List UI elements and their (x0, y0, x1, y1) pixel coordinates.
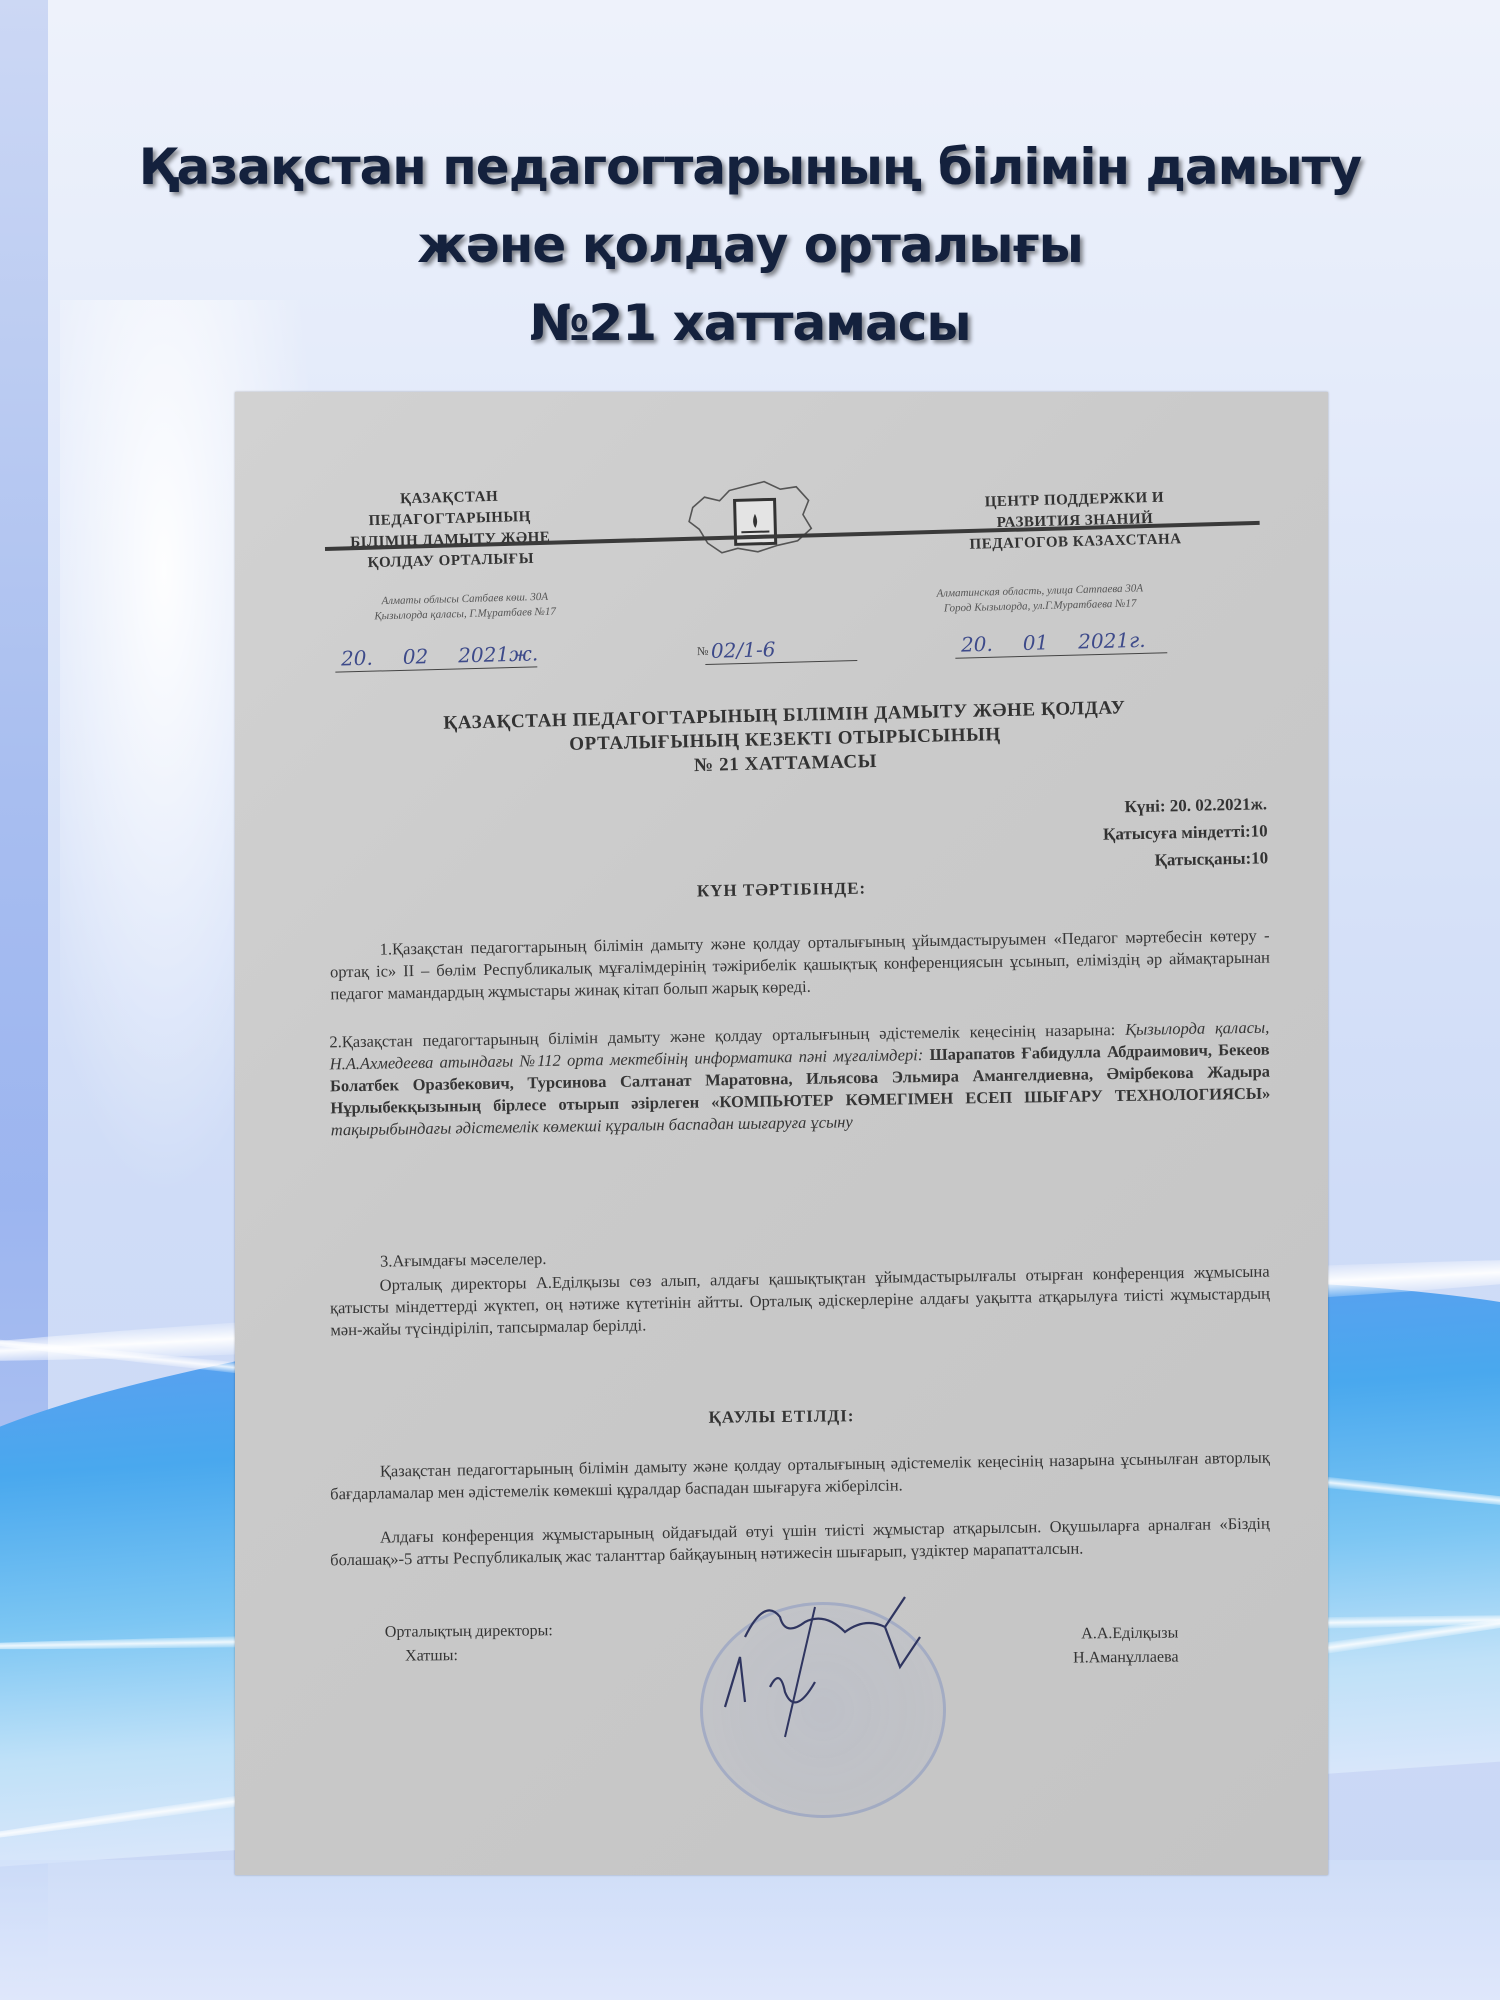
slide-title: Қазақстан педагогтарының білімін дамыту … (0, 128, 1500, 362)
letterhead-left: ҚАЗАҚСТАН ПЕДАГОГТАРЫНЫҢ БІЛІМІН ДАМЫТУ … (344, 485, 556, 574)
resolution-text: Қазақстан педагогтарының білімін дамыту … (330, 1448, 1270, 1504)
handwritten-date-right: 20.012021г. (955, 627, 1168, 659)
secretary-name: Н.Аманұллаева (1073, 1646, 1179, 1671)
agenda-heading: КҮН ТӘРТІБІНДЕ: (235, 870, 1328, 909)
handwritten-document-number: 02/1-6 (705, 635, 858, 665)
signature-names: А.А.Еділқызы Н.Аманұллаева (1072, 1622, 1178, 1671)
slide-title-line: №21 хаттамасы (0, 284, 1500, 362)
date-year: 2021ж. (458, 641, 539, 667)
slide-title-line: және қолдау орталығы (0, 206, 1500, 284)
agenda-item-text: 1.Қазақстан педагогтарының білімін дамыт… (330, 926, 1270, 1004)
agenda-item-2: 2.Қазақстан педагогтарының білімін дамыт… (329, 1017, 1271, 1142)
date-day: 20. (341, 646, 373, 671)
agenda-item-3-text: Орталық директоры А.Еділқызы сөз алып, а… (330, 1261, 1271, 1342)
date-month: 02 (402, 644, 428, 669)
protocol-document-scan: ҚАЗАҚСТАН ПЕДАГОГТАРЫНЫҢ БІЛІМІН ДАМЫТУ … (235, 392, 1328, 1875)
attendance-present: Қатысқаны:10 (1104, 844, 1269, 874)
address-left: Алматы облысы Сатбаев көш. 30А Қызылорда… (355, 589, 576, 625)
signature-labels: Орталықтың директоры: Хатшы: (385, 1619, 553, 1668)
date-year: 2021г. (1078, 628, 1146, 654)
meeting-date: Күні: 20. 02.2021ж. (1103, 790, 1268, 820)
date-month: 01 (1022, 630, 1048, 655)
secretary-label: Хатшы: (385, 1643, 553, 1668)
address-right: Алматинская область, улица Сатпаева 30А … (925, 581, 1156, 617)
director-name: А.А.Еділқызы (1072, 1622, 1178, 1647)
resolution-1: Қазақстан педагогтарының білімін дамыту … (330, 1447, 1271, 1506)
meeting-meta: Күні: 20. 02.2021ж. Қатысуға міндетті:10… (1103, 790, 1269, 874)
resolution-2: Алдағы конференция жұмыстарының ойдағыда… (330, 1513, 1271, 1572)
agenda-item-text: тақырыбындағы әдістемелік көмекші құралы… (331, 1112, 853, 1139)
agenda-item-text: Орталық директоры А.Еділқызы сөз алып, а… (330, 1262, 1270, 1340)
agenda-item-text: 3.Ағымдағы мәселелер. (380, 1249, 547, 1271)
letterhead-right: ЦЕНТР ПОДДЕРЖКИ И РАЗВИТИЯ ЗНАНИЙ ПЕДАГО… (944, 487, 1206, 557)
date-day: 20. (961, 632, 993, 657)
slide-title-line: Қазақстан педагогтарының білімін дамыту (0, 128, 1500, 206)
signature-icon (685, 1577, 965, 1747)
kazakhstan-map-book-icon (684, 474, 816, 559)
letterhead-line: ҚОЛДАУ ОРТАЛЫҒЫ (346, 548, 556, 574)
resolution-text: Алдағы конференция жұмыстарының ойдағыда… (330, 1514, 1270, 1570)
agenda-item-1: 1.Қазақстан педагогтарының білімін дамыт… (330, 925, 1271, 1006)
director-label: Орталықтың директоры: (385, 1619, 553, 1644)
background-bottom (0, 1860, 1500, 2000)
resolved-heading: ҚАУЛЫ ЕТІЛДІ: (235, 1401, 1328, 1432)
attendance-required: Қатысуға міндетті:10 (1103, 817, 1268, 847)
handwritten-date-left: 20.022021ж. (335, 641, 538, 672)
document-title: ҚАЗАҚСТАН ПЕДАГОГТАРЫНЫҢ БІЛІМІН ДАМЫТУ … (334, 694, 1235, 786)
